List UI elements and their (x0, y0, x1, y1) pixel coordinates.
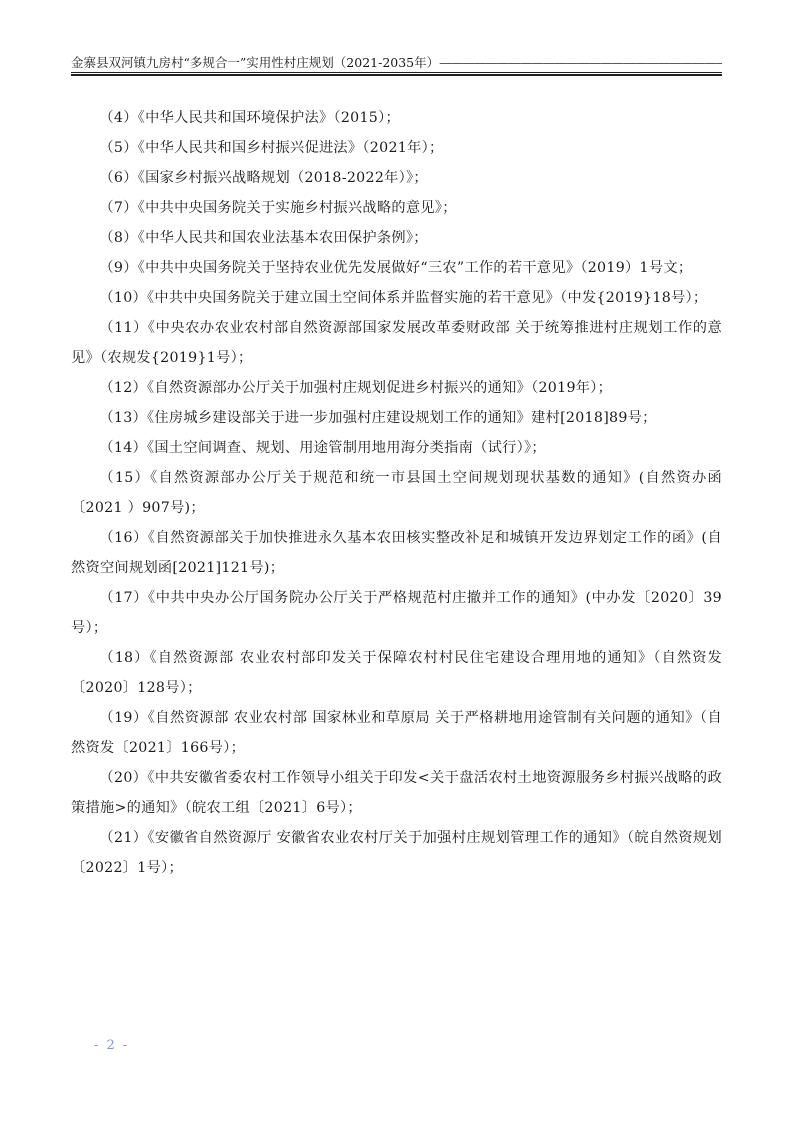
reference-text: 《自然资源部关于加快推进永久基本农田核实整改补足和城镇开发边界划定工作的函》(自… (71, 530, 722, 576)
reference-text: 《中华人民共和国乡村振兴促进法》（2021年）； (138, 140, 444, 156)
reference-number: （12） (99, 380, 147, 396)
reference-number: （15） (99, 470, 150, 486)
reference-text: 《中央农办农业农村部自然资源部国家发展改革委财政部 关于统筹推进村庄规划工作的意… (71, 320, 722, 366)
reference-number: （4） (99, 110, 137, 126)
reference-item: （5）《中华人民共和国乡村振兴促进法》（2021年）； (71, 133, 722, 163)
reference-text: 《自然资源部 农业农村部 国家林业和草原局 关于严格耕地用途管制有关问题的通知》… (71, 710, 722, 756)
reference-text: 《国土空间调查、规划、用途管制用地用海分类指南（试行）》； (147, 440, 546, 456)
reference-item: （19）《自然资源部 农业农村部 国家林业和草原局 关于严格耕地用途管制有关问题… (71, 703, 722, 763)
reference-text: 《中共中央国务院关于实施乡村振兴战略的意见》； (138, 200, 457, 216)
page-number: - 2 - (94, 1038, 129, 1053)
reference-item: （12）《自然资源部办公厅关于加强村庄规划促进乡村振兴的通知》（2019年）； (71, 373, 722, 403)
reference-item: （4）《中华人民共和国环境保护法》（2015）； (71, 103, 722, 133)
reference-number: （7） (99, 200, 137, 216)
reference-text: 《自然资源部 农业农村部印发关于保障农村村民住宅建设合理用地的通知》（自然资发〔… (71, 650, 722, 696)
header-title: 金寨县双河镇九房村“多规合一”实用性村庄规划（2021-2035年） (71, 55, 439, 70)
reference-number: （20） (99, 770, 147, 786)
reference-item: （15）《自然资源部办公厅关于规范和统一市县国土空间规划现状基数的通知》(自然资… (71, 463, 722, 523)
reference-number: （6） (99, 170, 137, 186)
reference-number: （10） (99, 290, 147, 306)
reference-item: （14）《国土空间调查、规划、用途管制用地用海分类指南（试行）》； (71, 433, 722, 463)
reference-text: 《国家乡村振兴战略规划（2018-2022年）》； (138, 170, 428, 186)
reference-text: 《住房城乡建设部关于进一步加强村庄建设规划工作的通知》建村[2018]89号； (147, 410, 657, 426)
reference-text: 《自然资源部办公厅关于加强村庄规划促进乡村振兴的通知》（2019年）； (147, 380, 612, 396)
reference-number: （21） (99, 830, 147, 846)
reference-item: （17）《中共中央办公厅国务院办公厅关于严格规范村庄撤并工作的通知》(中办发〔2… (71, 583, 722, 643)
reference-number: （18） (99, 650, 149, 666)
reference-number: （16） (99, 530, 147, 546)
reference-text: 《中共中央国务院关于建立国土空间体系并监督实施的若干意见》（中发{2019}18… (147, 290, 707, 306)
reference-text: 《中共安徽省委农村工作领导小组关于印发<关于盘活农村土地资源服务乡村振兴战略的政… (71, 770, 722, 816)
reference-item: （10）《中共中央国务院关于建立国土空间体系并监督实施的若干意见》（中发{201… (71, 283, 722, 313)
reference-text: 《中华人民共和国环境保护法》（2015）； (138, 110, 400, 126)
reference-item: （18）《自然资源部 农业农村部印发关于保障农村村民住宅建设合理用地的通知》（自… (71, 643, 722, 703)
reference-item: （21）《安徽省自然资源厅 安徽省农业农村厅关于加强村庄规划管理工作的通知》（皖… (71, 823, 722, 883)
reference-text: 《中华人民共和国农业法基本农田保护条例》； (138, 230, 428, 246)
reference-number: （11） (99, 320, 148, 336)
reference-list: （4）《中华人民共和国环境保护法》（2015）； （5）《中华人民共和国乡村振兴… (71, 103, 722, 883)
reference-number: （17） (99, 590, 148, 606)
reference-number: （14） (99, 440, 147, 456)
reference-item: （20）《中共安徽省委农村工作领导小组关于印发<关于盘活农村土地资源服务乡村振兴… (71, 763, 722, 823)
header-rule-thick (71, 74, 722, 76)
reference-text: 《安徽省自然资源厅 安徽省农业农村厅关于加强村庄规划管理工作的通知》（皖自然资规… (71, 830, 722, 876)
reference-item: （11）《中央农办农业农村部自然资源部国家发展改革委财政部 关于统筹推进村庄规划… (71, 313, 722, 373)
reference-item: （6）《国家乡村振兴战略规划（2018-2022年）》； (71, 163, 722, 193)
reference-item: （8）《中华人民共和国农业法基本农田保护条例》； (71, 223, 722, 253)
reference-text: 《中共中央办公厅国务院办公厅关于严格规范村庄撤并工作的通知》(中办发〔2020〕… (71, 590, 722, 636)
reference-item: （13）《住房城乡建设部关于进一步加强村庄建设规划工作的通知》建村[2018]8… (71, 403, 722, 433)
reference-text: 《自然资源部办公厅关于规范和统一市县国土空间规划现状基数的通知》(自然资办函〔2… (71, 470, 722, 516)
reference-number: （9） (99, 260, 137, 276)
reference-number: （8） (99, 230, 137, 246)
reference-text: 《中共中央国务院关于坚持农业优先发展做好“三农”工作的若干意见》（2019）1号… (138, 260, 693, 276)
header-dash-fill: ———————————————————————————— (439, 55, 722, 71)
reference-item: （16）《自然资源部关于加快推进永久基本农田核实整改补足和城镇开发边界划定工作的… (71, 523, 722, 583)
document-page: 金寨县双河镇九房村“多规合一”实用性村庄规划（2021-2035年）——————… (0, 0, 793, 1122)
reference-number: （19） (99, 710, 147, 726)
header-rule-thin (71, 72, 722, 73)
reference-number: （13） (99, 410, 147, 426)
reference-item: （7）《中共中央国务院关于实施乡村振兴战略的意见》； (71, 193, 722, 223)
reference-item: （9）《中共中央国务院关于坚持农业优先发展做好“三农”工作的若干意见》（2019… (71, 253, 722, 283)
reference-number: （5） (99, 140, 137, 156)
